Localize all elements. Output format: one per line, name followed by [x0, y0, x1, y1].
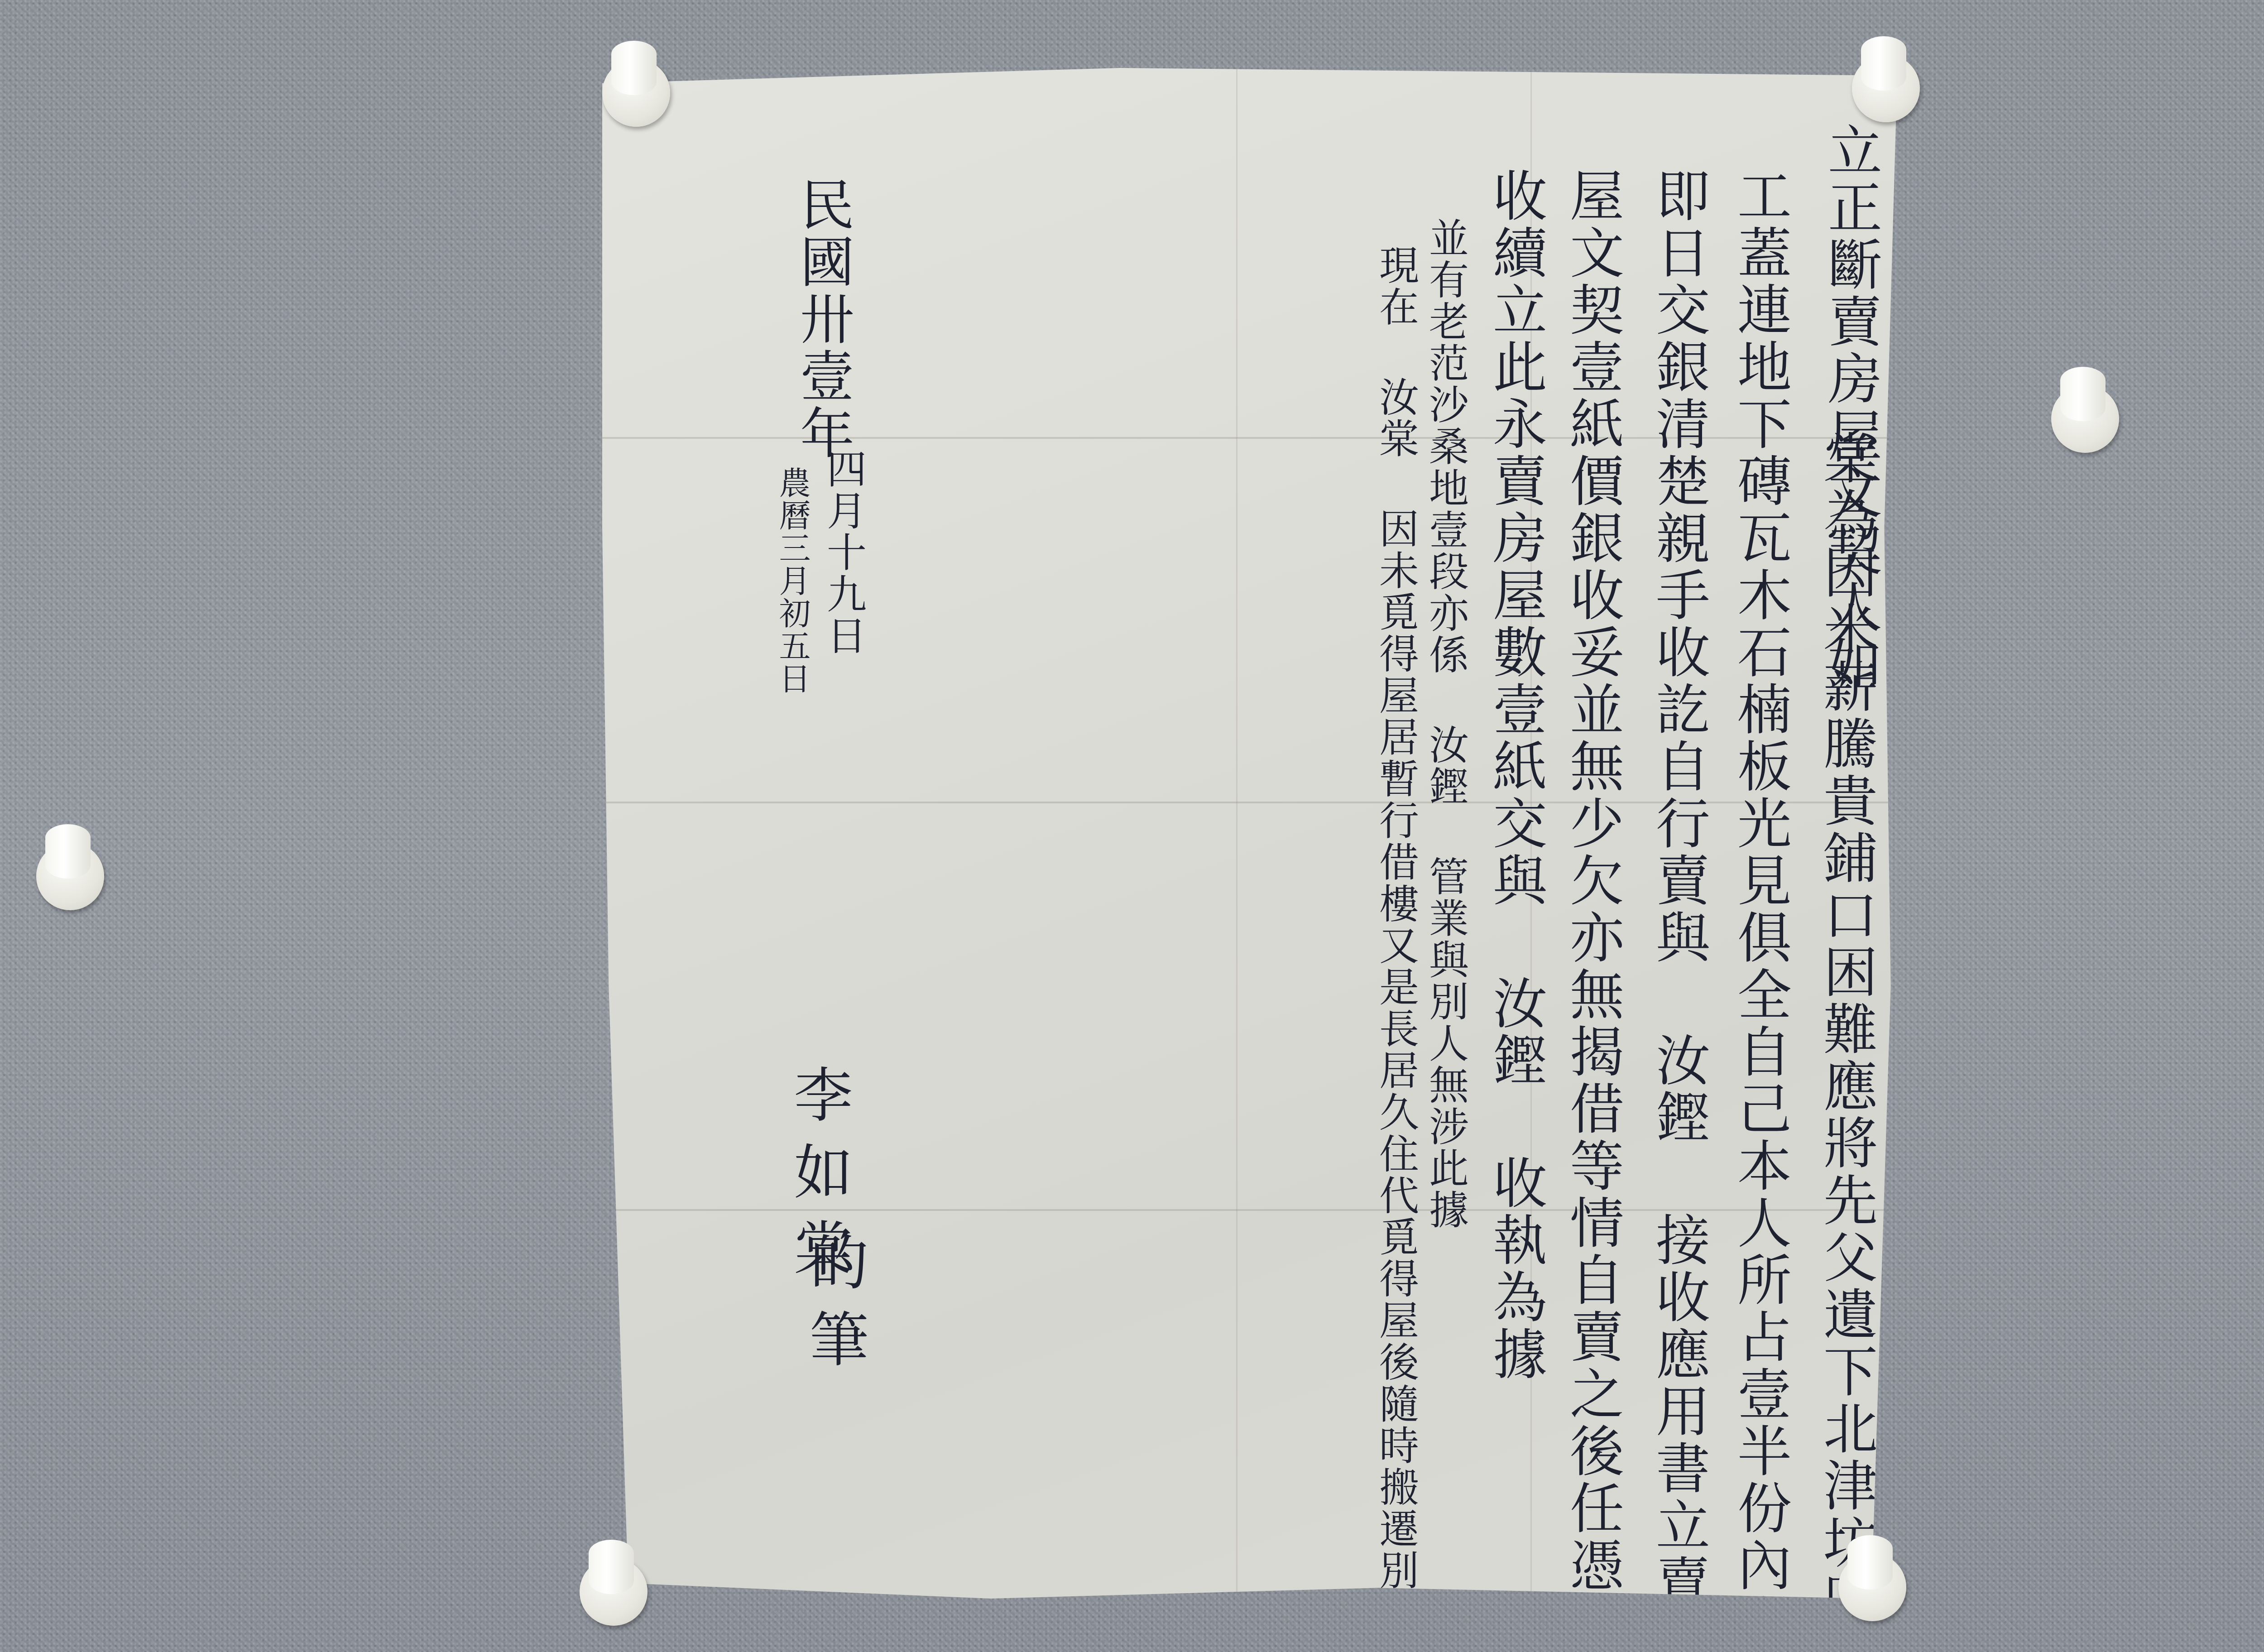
paper-weight-top-left[interactable] [602, 59, 670, 127]
deed-paper: 立正斷賣房屋文契人如 棠為因米薪騰貴鋪口困難應將先父遺下北津坊四巷肆拾號屋壹座弍… [602, 68, 1897, 1599]
deed-text-column-1: 棠為因米薪騰貴鋪口困難應將先父遺下北津坊四巷肆拾號屋壹座弍房弍廊 [1807, 430, 1885, 1585]
deed-text-column-2: 工蓋連地下磚瓦木石楠板光見俱全自己本人所占壹半份內賣與 汝鏗 兄該價銀兩方商妥 [1721, 168, 1799, 1571]
note-column-2: 現在 汝棠 因未覓得屋居暫行借樓又是長居久住代覓得屋後隨時搬遷別處而住此據 [1367, 245, 1425, 1377]
deed-title-column: 立正斷賣房屋文契人如 [1811, 122, 1889, 439]
paper-weight-bottom-left[interactable] [580, 1558, 648, 1626]
date-month-day: 四月十九日 [815, 448, 872, 657]
paper-weight-right[interactable] [2051, 385, 2119, 453]
date-year: 民國卅壹年 [783, 177, 861, 494]
signature-mark: 的筆 [792, 1232, 877, 1436]
fold-line [1236, 68, 1238, 1599]
note-column-1: 並有老范沙桑地壹段亦係 汝鏗 管業與別人無涉此據 [1417, 217, 1474, 1032]
deed-text-column-4: 屋文契壹紙價銀收妥並無少欠亦無揭借等情自賣之後任憑 汝鏗 下吉居住異日不能聲言價… [1553, 168, 1631, 1571]
date-lunar: 農曆三月初五日 [770, 466, 815, 670]
deed-text-column-3: 即日交銀清楚親手收訖自行賣與 汝鏗 接收應用書立賣契屬在兄弟不用多寫立此斷賣房 [1639, 168, 1717, 1571]
paper-weight-top-right[interactable] [1852, 54, 1920, 122]
paper-weight-bottom-right[interactable] [1838, 1553, 1906, 1621]
paper-weight-left[interactable] [36, 842, 104, 910]
deed-text-column-5: 收續立此永賣房屋數壹紙交與 汝鏗 收執為據 [1476, 168, 1554, 1073]
